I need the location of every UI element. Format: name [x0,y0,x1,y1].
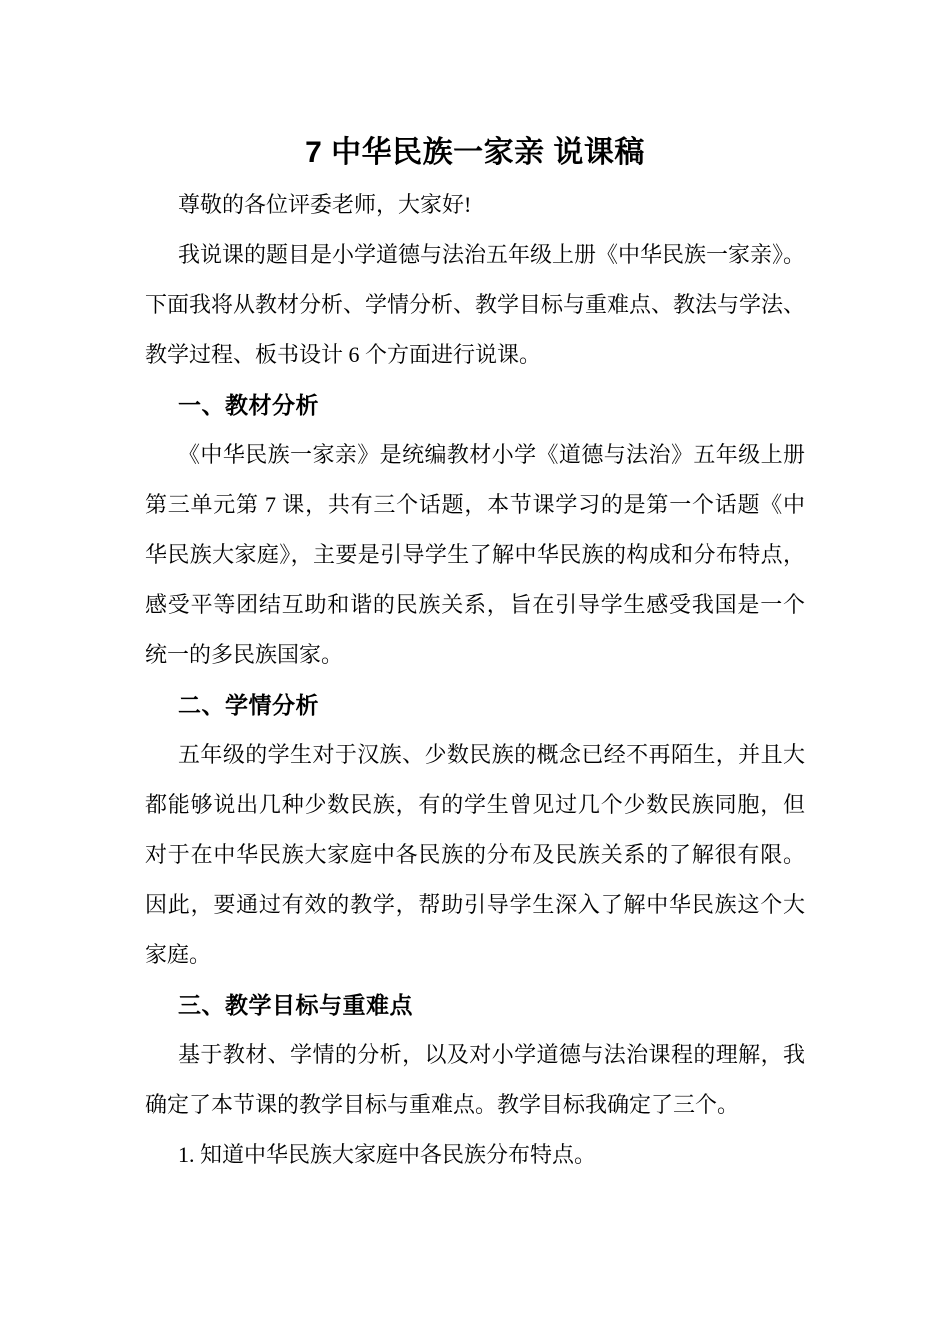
document-title: 7 中华民族一家亲 说课稿 [145,125,805,180]
paragraph-line: 感受平等团结互助和谐的民族关系，旨在引导学生感受我国是一个 [145,580,805,630]
paragraph-line: 第三单元第 7 课，共有三个话题，本节课学习的是第一个话题《中 [145,480,805,530]
paragraph-line: 统一的多民族国家。 [145,630,805,680]
section-heading-goals-difficulties: 三、教学目标与重难点 [145,980,805,1030]
paragraph-line: 教学过程、板书设计 6 个方面进行说课。 [145,330,805,380]
paragraph-line: 确定了本节课的教学目标与重难点。教学目标我确定了三个。 [145,1080,805,1130]
paragraph-line: 基于教材、学情的分析，以及对小学道德与法治课程的理解，我 [145,1030,805,1080]
list-item-goal-1: 1. 知道中华民族大家庭中各民族分布特点。 [145,1130,805,1180]
paragraph-line: 下面我将从教材分析、学情分析、教学目标与重难点、教法与学法、 [145,280,805,330]
paragraph-line: 对于在中华民族大家庭中各民族的分布及民族关系的了解很有限。 [145,830,805,880]
paragraph-line: 华民族大家庭》，主要是引导学生了解中华民族的构成和分布特点， [145,530,805,580]
document-page: 7 中华民族一家亲 说课稿 尊敬的各位评委老师，大家好! 我说课的题目是小学道德… [0,0,950,1344]
paragraph-line: 我说课的题目是小学道德与法治五年级上册《中华民族一家亲》。 [145,230,805,280]
paragraph-line: 因此，要通过有效的教学，帮助引导学生深入了解中华民族这个大 [145,880,805,930]
paragraph-line: 《中华民族一家亲》是统编教材小学《道德与法治》五年级上册 [145,430,805,480]
paragraph-line: 五年级的学生对于汉族、少数民族的概念已经不再陌生，并且大 [145,730,805,780]
paragraph-line: 尊敬的各位评委老师，大家好! [145,180,805,230]
document-content: 7 中华民族一家亲 说课稿 尊敬的各位评委老师，大家好! 我说课的题目是小学道德… [145,0,805,1180]
section-heading-material-analysis: 一、教材分析 [145,380,805,430]
paragraph-line: 都能够说出几种少数民族，有的学生曾见过几个少数民族同胞，但 [145,780,805,830]
paragraph-line: 家庭。 [145,930,805,980]
section-heading-learner-analysis: 二、学情分析 [145,680,805,730]
